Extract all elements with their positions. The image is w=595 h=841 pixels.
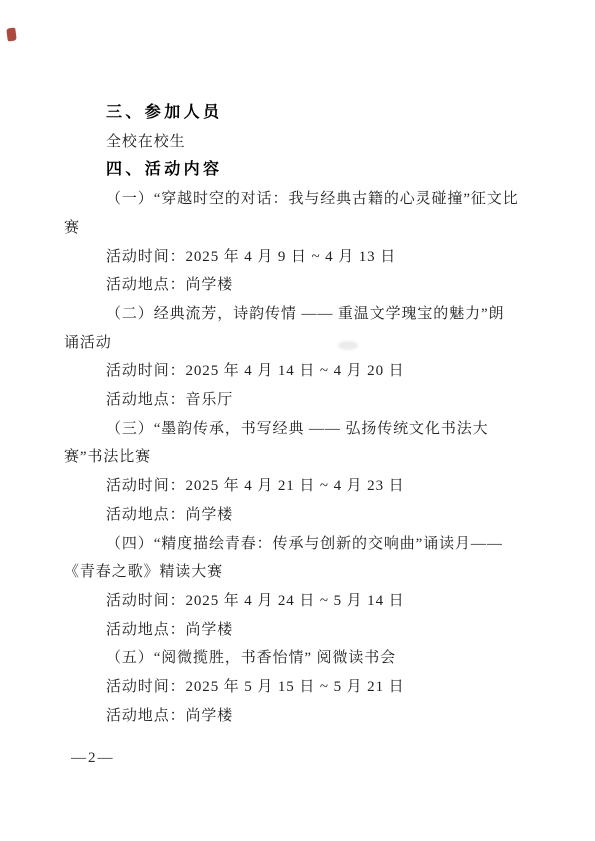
text-line: 活动地点：尚学楼 <box>64 501 534 530</box>
text-line: 活动时间：2025 年 4 月 14 日 ~ 4 月 20 日 <box>64 357 534 386</box>
text-line: 赛 <box>64 214 534 243</box>
document-body: 三、参加人员全校在校生四、活动内容（一）“穿越时空的对话：我与经典古籍的心灵碰撞… <box>64 99 534 730</box>
text-line: 赛”书法比赛 <box>64 443 534 472</box>
section-heading: 三、参加人员 <box>64 99 534 128</box>
text-line: 活动时间：2025 年 4 月 9 日 ~ 4 月 13 日 <box>64 243 534 272</box>
text-line: （五）“阅微揽胜，书香怡情” 阅微读书会 <box>64 644 534 673</box>
text-line: 活动地点：尚学楼 <box>64 616 534 645</box>
text-line: （三）“墨韵传承，书写经典 —— 弘扬传统文化书法大 <box>64 415 534 444</box>
section-heading: 四、活动内容 <box>64 156 534 185</box>
text-line: 活动地点：尚学楼 <box>64 271 534 300</box>
text-line: 诵活动 <box>64 329 534 358</box>
text-line: （二）经典流芳，诗韵传情 —— 重温文学瑰宝的魅力”朗 <box>64 300 534 329</box>
text-line: （一）“穿越时空的对话：我与经典古籍的心灵碰撞”征文比 <box>64 185 534 214</box>
text-line: （四）“精度描绘青春：传承与创新的交响曲”诵读月—— <box>64 530 534 559</box>
text-line: 活动时间：2025 年 4 月 24 日 ~ 5 月 14 日 <box>64 587 534 616</box>
text-line: 活动时间：2025 年 4 月 21 日 ~ 4 月 23 日 <box>64 472 534 501</box>
text-line: 活动地点：音乐厅 <box>64 386 534 415</box>
text-line: 《青春之歌》精读大赛 <box>64 558 534 587</box>
scan-smudge-artifact <box>338 341 358 350</box>
page-number: —2— <box>71 750 115 767</box>
text-line: 活动时间：2025 年 5 月 15 日 ~ 5 月 21 日 <box>64 673 534 702</box>
red-corner-mark <box>6 28 17 42</box>
text-line: 全校在校生 <box>64 128 534 157</box>
text-line: 活动地点：尚学楼 <box>64 702 534 731</box>
document-page: 三、参加人员全校在校生四、活动内容（一）“穿越时空的对话：我与经典古籍的心灵碰撞… <box>0 0 595 841</box>
